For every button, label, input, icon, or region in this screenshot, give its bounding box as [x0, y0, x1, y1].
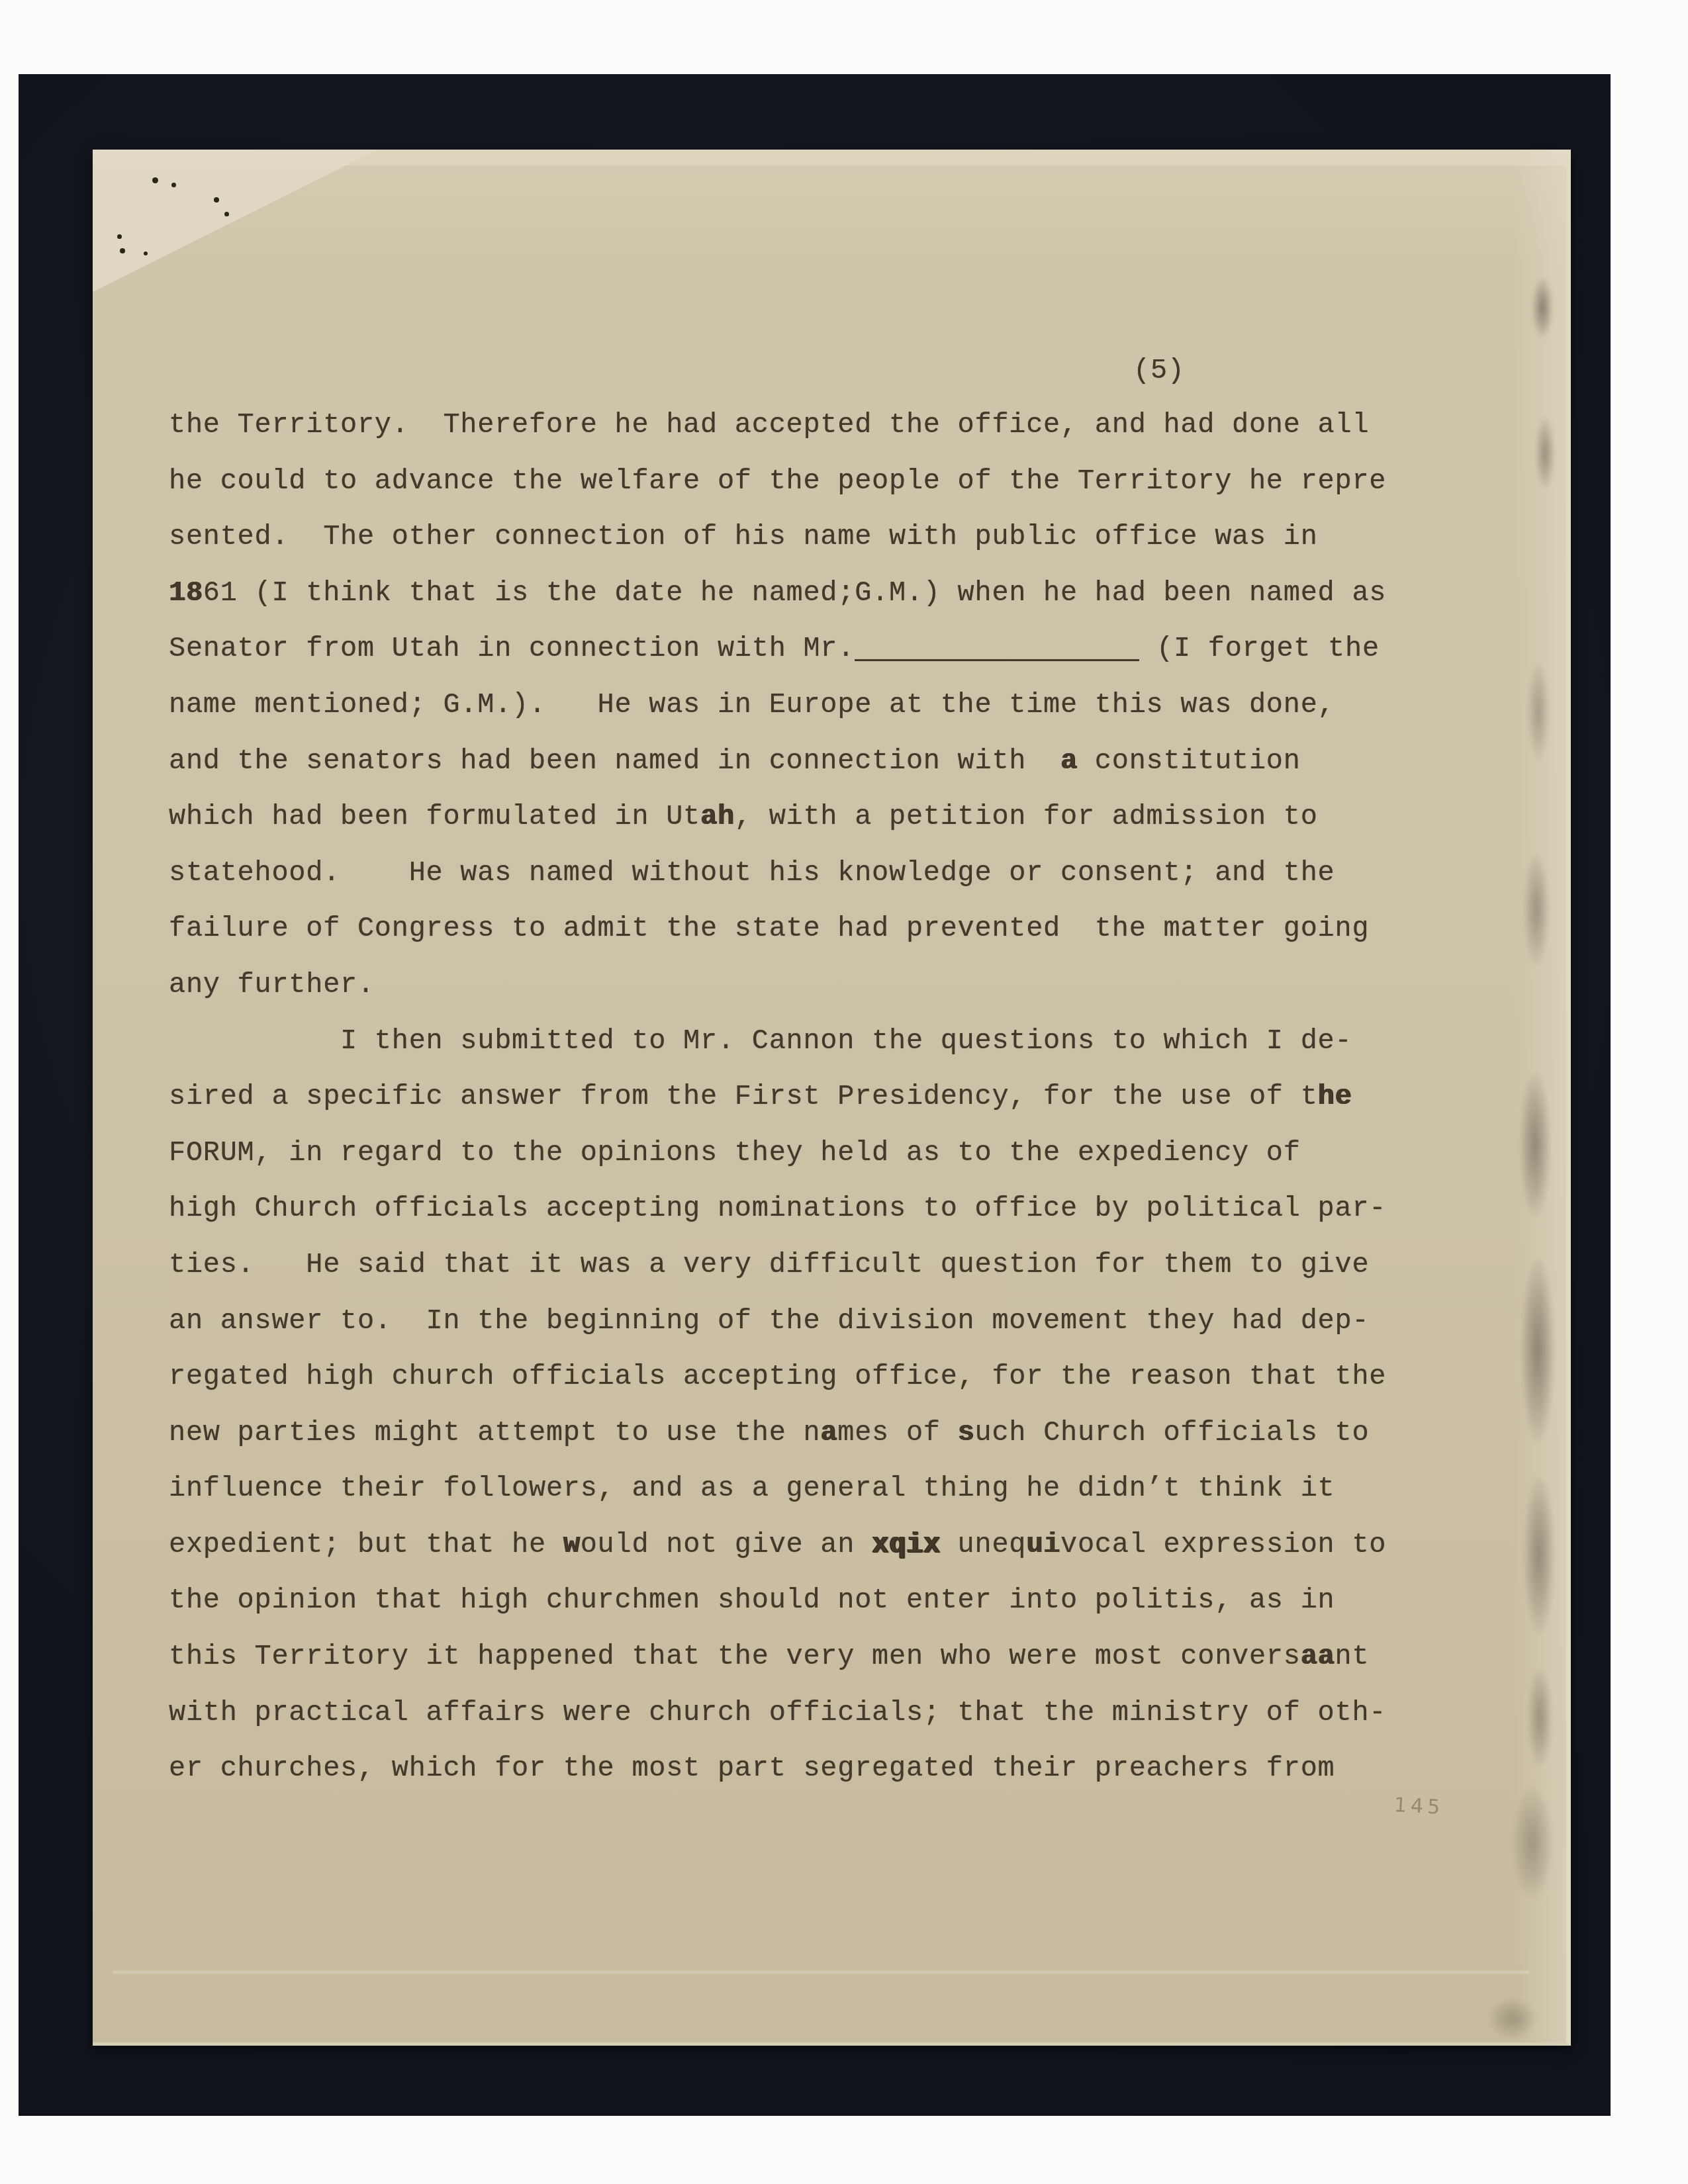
edge-smudge: [1524, 1476, 1554, 1635]
typed-segment: xqix: [872, 1529, 941, 1561]
typed-line: Senator from Utah in connection with Mr.…: [169, 621, 1386, 677]
typed-segment: (I forget the: [1139, 633, 1380, 664]
typed-segment: an answer to. In the beginning of the di…: [169, 1305, 1369, 1337]
typed-line: sented. The other connection of his name…: [169, 509, 1386, 565]
page-number: (5): [1133, 355, 1185, 387]
typed-line: high Church officials accepting nominati…: [169, 1181, 1386, 1237]
typed-segment: the Territory. Therefore he had accepted…: [169, 409, 1369, 441]
typed-line: this Territory it happened that the very…: [169, 1629, 1386, 1685]
typed-segment: name mentioned; G.M.). He was in Europe …: [169, 689, 1335, 721]
edge-smudge: [1524, 854, 1549, 966]
paper-speck: [120, 248, 125, 253]
edge-smudge: [1520, 1072, 1550, 1218]
typed-line: ties. He said that it was a very difficu…: [169, 1237, 1386, 1293]
typed-segment: ould not give an: [581, 1529, 872, 1561]
typed-segment: Senator from Utah in connection with Mr.: [169, 633, 855, 664]
typed-segment: statehood. He was named without his know…: [169, 857, 1335, 889]
typed-line: I then submitted to Mr. Cannon the quest…: [169, 1013, 1386, 1069]
typed-segment: , with a petition for admission to: [735, 801, 1318, 833]
typed-segment: a: [820, 1417, 837, 1449]
paper-speck: [117, 234, 122, 239]
typed-segment: w: [563, 1529, 581, 1561]
typed-segment: with practical affairs were church offic…: [169, 1697, 1386, 1729]
typed-segment: new parties might attempt to use the n: [169, 1417, 820, 1449]
typed-segment: I then submitted to Mr. Cannon the quest…: [169, 1025, 1352, 1057]
typed-segment: sented. The other connection of his name…: [169, 521, 1318, 553]
typed-line: FORUM, in regard to the opinions they he…: [169, 1125, 1386, 1181]
typed-segment: ties. He said that it was a very difficu…: [169, 1249, 1369, 1281]
typed-segment: this Territory it happened that the very…: [169, 1641, 1301, 1672]
edge-smudge: [1513, 1787, 1552, 1899]
typed-line: an answer to. In the beginning of the di…: [169, 1293, 1386, 1349]
paper-speck: [171, 183, 176, 187]
typed-line: failure of Congress to admit the state h…: [169, 901, 1386, 957]
typed-line: sired a specific answer from the First P…: [169, 1069, 1386, 1125]
typed-segment: failure of Congress to admit the state h…: [169, 913, 1369, 944]
edge-smudge: [1528, 662, 1549, 761]
paper-speck: [152, 177, 158, 183]
typed-segment: mes of: [837, 1417, 957, 1449]
typed-line: er churches, which for the most part seg…: [169, 1741, 1386, 1797]
typed-segment: er churches, which for the most part seg…: [169, 1752, 1335, 1784]
typed-line: which had been formulated in Utah, with …: [169, 789, 1386, 845]
typed-segment: s: [958, 1417, 975, 1449]
blank-underline: [855, 659, 1139, 661]
paper-crease: [113, 1971, 1529, 1974]
typed-line: name mentioned; G.M.). He was in Europe …: [169, 677, 1386, 733]
typed-line: with practical affairs were church offic…: [169, 1685, 1386, 1741]
edge-smudge: [1528, 1668, 1552, 1767]
typed-segment: which had been formulated in Ut: [169, 801, 700, 833]
typed-segment: 61 (I think that is the date he named;G.…: [203, 577, 1386, 609]
scanned-document-page: { "colors":{ "background":"#fcfcfa", "ma…: [0, 0, 1688, 2184]
typed-segment: ah: [700, 801, 735, 833]
typed-segment: uch Church officials to: [975, 1417, 1370, 1449]
typed-segment: influence their followers, and as a gene…: [169, 1473, 1335, 1504]
typed-segment: he could to advance the welfare of the p…: [169, 465, 1386, 497]
pencil-margin-note: 145: [1393, 1794, 1444, 1819]
edge-smudge: [1521, 1257, 1554, 1443]
typed-segment: nt: [1335, 1641, 1369, 1672]
typed-line: expedient; but that he would not give an…: [169, 1517, 1386, 1573]
typed-line: 1861 (I think that is the date he named;…: [169, 565, 1386, 621]
paper-corner-fold: [93, 150, 377, 292]
typed-line: new parties might attempt to use the nam…: [169, 1405, 1386, 1461]
typed-line: statehood. He was named without his know…: [169, 845, 1386, 901]
typed-segment: constitution: [1078, 745, 1301, 777]
typed-segment: 18: [169, 577, 203, 609]
typed-segment: aa: [1301, 1641, 1335, 1672]
edge-smudge: [1536, 417, 1554, 490]
typed-line: he could to advance the welfare of the p…: [169, 453, 1386, 510]
typed-segment: FORUM, in regard to the opinions they he…: [169, 1137, 1301, 1169]
typed-segment: ui: [1026, 1529, 1060, 1561]
typed-line: the opinion that high churchmen should n…: [169, 1572, 1386, 1629]
paper-speck: [144, 251, 148, 255]
typed-line: and the senators had been named in conne…: [169, 733, 1386, 790]
typed-text-block: the Territory. Therefore he had accepted…: [169, 397, 1386, 1797]
typed-segment: the opinion that high churchmen should n…: [169, 1584, 1335, 1616]
typed-segment: sired a specific answer from the First P…: [169, 1081, 1318, 1113]
typed-line: influence their followers, and as a gene…: [169, 1461, 1386, 1517]
typed-segment: uneq: [941, 1529, 1027, 1561]
paper-speck: [214, 197, 219, 203]
typed-line: the Territory. Therefore he had accepted…: [169, 397, 1386, 453]
typed-segment: vocal expression to: [1060, 1529, 1386, 1561]
edge-smudge: [1489, 1999, 1536, 2038]
typed-segment: any further.: [169, 969, 375, 1001]
typed-segment: a: [1060, 745, 1078, 777]
typed-segment: expedient; but that he: [169, 1529, 563, 1561]
edge-smudge: [1532, 278, 1552, 338]
typed-segment: he: [1318, 1081, 1352, 1113]
typed-segment: high Church officials accepting nominati…: [169, 1193, 1386, 1224]
typed-segment: regated high church officials accepting …: [169, 1361, 1386, 1392]
paper-speck: [224, 212, 229, 216]
typed-segment: and the senators had been named in conne…: [169, 745, 1060, 777]
typed-line: regated high church officials accepting …: [169, 1349, 1386, 1405]
typed-line: any further.: [169, 957, 1386, 1013]
